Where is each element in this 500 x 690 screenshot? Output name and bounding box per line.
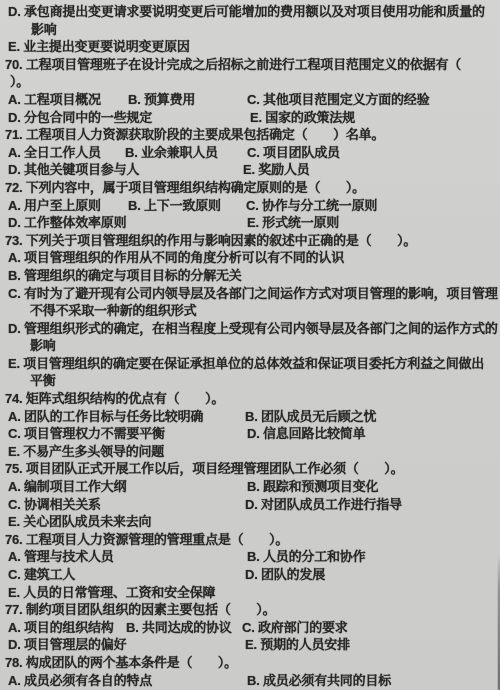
document-text-block: D. 承包商提出变更请求要说明变更后可能增加的费用额以及对项目使用功能和质量的影… [0,3,500,689]
text-line-continuation: 影响 [0,337,500,355]
text-segment: D. 分包合同中的一些规定 [8,109,152,127]
text-segment: E. 关心团队成员未来去向 [8,513,151,531]
text-line-options: D. 分包合同中的一些规定E. 国家的政策法规 [0,109,500,127]
text-line-options: A. 用户至上原则B. 上下一致原则C. 协作与分工统一原则 [0,197,500,215]
text-segment: E. 业主提出变更要说明变更原因 [8,38,190,56]
text-segment: E. 不易产生多头领导的问题 [8,443,164,461]
text-segment: 77. 制约项目团队组织的因素主要包括（ ）。 [5,601,275,619]
text-line-option: D. 管理组织形式的确定，在相当程度上受现有公司内领导层及各部门之间的运作方式的 [0,320,500,338]
text-segment: A. 全日工作人员 [8,144,101,162]
text-line-question: 77. 制约项目团队组织的因素主要包括（ ）。 [0,601,500,619]
text-segment: B. 业余兼职人员 [125,144,218,162]
text-line-options: C. 项目管理权力不需要平衡D. 信息回路比较简单 [0,425,500,443]
text-line-question: 70. 工程项目管理班子在设计完成之后招标之前进行工程项目范围定义的依据有（ [0,56,500,74]
text-segment: 75. 项目团队正式开展工作以后，项目经理管理团队工作必须（ ）。 [5,460,403,478]
scanned-exam-page: D. 承包商提出变更请求要说明变更后可能增加的费用额以及对项目使用功能和质量的影… [0,0,500,690]
text-line-continuation: 影响 [0,21,500,39]
text-segment: D. 团队的发展 [245,566,325,584]
text-segment: E. 国家的政策法规 [250,109,355,127]
text-segment: A. 团队的工作目标与任务比较明确 [8,408,203,426]
text-line-option: E. 项目管理组织的确定要在保证承担单位的总体效益和保证项目委托方利益之间做出 [0,355,500,373]
text-segment: B. 团队成员无后顾之忧 [245,408,376,426]
text-segment: 72. 下列内容中，属于项目管理组织结构确定原则的是（ ）。 [5,179,365,197]
text-segment: 70. 工程项目管理班子在设计完成之后招标之前进行工程项目范围定义的依据有（ [5,56,461,74]
text-segment: B. 上下一致原则 [128,197,221,215]
text-line-question: 71. 工程项目人力资源获取阶段的主要成果包括确定（ ）名单。 [0,126,500,144]
text-segment: 平衡 [30,372,56,390]
text-segment: B. 预算费用 [128,91,195,109]
text-line-question: 78. 构成团队的两个基本条件是（ ）。 [0,654,500,672]
text-segment: B. 人员的分工和协作 [247,548,365,566]
text-segment: E. 人员的日常管理、工资和安全保障 [8,584,215,602]
text-segment: B. 管理组织的确定与项目目标的分解无关 [8,267,242,285]
text-line-options: D. 其他关键项目参与人E. 奖励人员 [0,161,500,179]
text-line-options: C. 建筑工人D. 团队的发展 [0,566,500,584]
text-segment: B. 跟踪和预测项目变化 [247,478,378,496]
text-line-option: D. 承包商提出变更请求要说明变更后可能增加的费用额以及对项目使用功能和质量的 [0,3,500,21]
text-segment: A. 项目的组织结构 [8,619,114,637]
text-segment: C. 协调相关关系 [8,496,101,514]
text-segment: 73. 下列关于项目管理组织的作用与影响因素的叙述中正确的是（ ）。 [5,232,416,250]
text-segment: 76. 工程项目人力资源管理的管理重点是（ ）。 [5,531,288,549]
text-segment: D. 项目管理层的偏好 [8,636,126,654]
text-line-option: E. 关心团队成员未来去向 [0,513,500,531]
text-line-question: 76. 工程项目人力资源管理的管理重点是（ ）。 [0,531,500,549]
text-segment: E. 形式统一原则 [247,214,339,232]
text-line-options: D. 项目管理层的偏好E. 预期的人员安排 [0,636,500,654]
text-line-continuation: 平衡 [0,372,500,390]
text-segment: E. 预期的人员安排 [245,636,350,654]
text-segment: D. 信息回路比较简单 [247,425,365,443]
text-segment: A. 项目管理组织的作用从不同的角度分析可以有不同的认识 [8,249,344,267]
text-line-option: A. 项目管理组织的作用从不同的角度分析可以有不同的认识 [0,249,500,267]
text-line-question: 74. 矩阵式组织结构的优点有（ ）。 [0,390,500,408]
text-line-options: D. 工作整体效率原则E. 形式统一原则 [0,214,500,232]
text-segment: C. 有时为了避开现有公司内领导层及各部门之间运作方式对项目管理的影响，项目管理 [8,285,498,303]
text-segment: A. 工程项目概况 [8,91,101,109]
text-segment: A. 用户至上原则 [8,197,101,215]
text-segment: 影响 [30,337,56,355]
text-line-options: A. 编制项目工作大纲B. 跟踪和预测项目变化 [0,478,500,496]
text-segment: D. 对团队成员工作进行指导 [245,496,402,514]
text-line-options: A. 工程项目概况B. 预算费用C. 其他项目范围定义方面的经验 [0,91,500,109]
text-segment: 影响 [31,21,57,39]
text-line-option: C. 有时为了避开现有公司内领导层及各部门之间运作方式对项目管理的影响，项目管理 [0,285,500,303]
text-line-question: 72. 下列内容中，属于项目管理组织结构确定原则的是（ ）。 [0,179,500,197]
text-line-option: E. 不易产生多头领导的问题 [0,443,500,461]
text-segment: C. 其他项目范围定义方面的经验 [247,91,429,109]
text-segment: C. 政府部门的要求 [242,619,348,637]
text-segment: ）。 [10,73,29,91]
text-segment: A. 管理与技术人员 [8,548,114,566]
text-segment: D. 管理组织形式的确定，在相当程度上受现有公司内领导层及各部门之间的运作方式的 [8,320,498,338]
text-segment: B. 成员必须有共同的目标 [247,672,391,690]
text-line-question: 73. 下列关于项目管理组织的作用与影响因素的叙述中正确的是（ ）。 [0,232,500,250]
text-line-question: 75. 项目团队正式开展工作以后，项目经理管理团队工作必须（ ）。 [0,460,500,478]
text-segment: A. 编制项目工作大纲 [8,478,126,496]
text-segment: C. 项目团队成员 [247,144,340,162]
text-line-options: A. 全日工作人员B. 业余兼职人员C. 项目团队成员 [0,144,500,162]
text-line-option: B. 管理组织的确定与项目目标的分解无关 [0,267,500,285]
text-segment: C. 项目管理权力不需要平衡 [8,425,165,443]
text-line-continuation: 不得不采取一种新的组织形式 [0,302,500,320]
text-segment: 78. 构成团队的两个基本条件是（ ）。 [5,654,237,672]
text-line-options: A. 管理与技术人员B. 人员的分工和协作 [0,548,500,566]
text-segment: E. 奖励人员 [243,161,310,179]
text-segment: C. 建筑工人 [8,566,75,584]
text-line-options: A. 团队的工作目标与任务比较明确B. 团队成员无后顾之忧 [0,408,500,426]
text-segment: D. 承包商提出变更请求要说明变更后可能增加的费用额以及对项目使用功能和质量的 [8,3,485,21]
text-segment: 不得不采取一种新的组织形式 [30,302,196,320]
text-line-options: C. 协调相关关系D. 对团队成员工作进行指导 [0,496,500,514]
text-segment: B. 共同达成的协议 [126,619,232,637]
text-segment: C. 协作与分工统一原则 [246,197,377,215]
text-segment: 74. 矩阵式组织结构的优点有（ ）。 [5,390,224,408]
text-line-continuation: ）。 [0,73,500,91]
text-segment: 71. 工程项目人力资源获取阶段的主要成果包括确定（ ）名单。 [5,126,384,144]
text-line-options: A. 项目的组织结构B. 共同达成的协议C. 政府部门的要求 [0,619,500,637]
text-segment: A. 成员必须有各自的特点 [8,672,152,690]
text-segment: D. 其他关键项目参与人 [8,161,139,179]
text-segment: D. 工作整体效率原则 [8,214,126,232]
text-line-option: E. 业主提出变更要说明变更原因 [0,38,500,56]
text-segment: E. 项目管理组织的确定要在保证承担单位的总体效益和保证项目委托方利益之间做出 [8,355,484,373]
text-line-options: A. 成员必须有各自的特点B. 成员必须有共同的目标 [0,672,500,690]
text-line-option: E. 人员的日常管理、工资和安全保障 [0,584,500,602]
